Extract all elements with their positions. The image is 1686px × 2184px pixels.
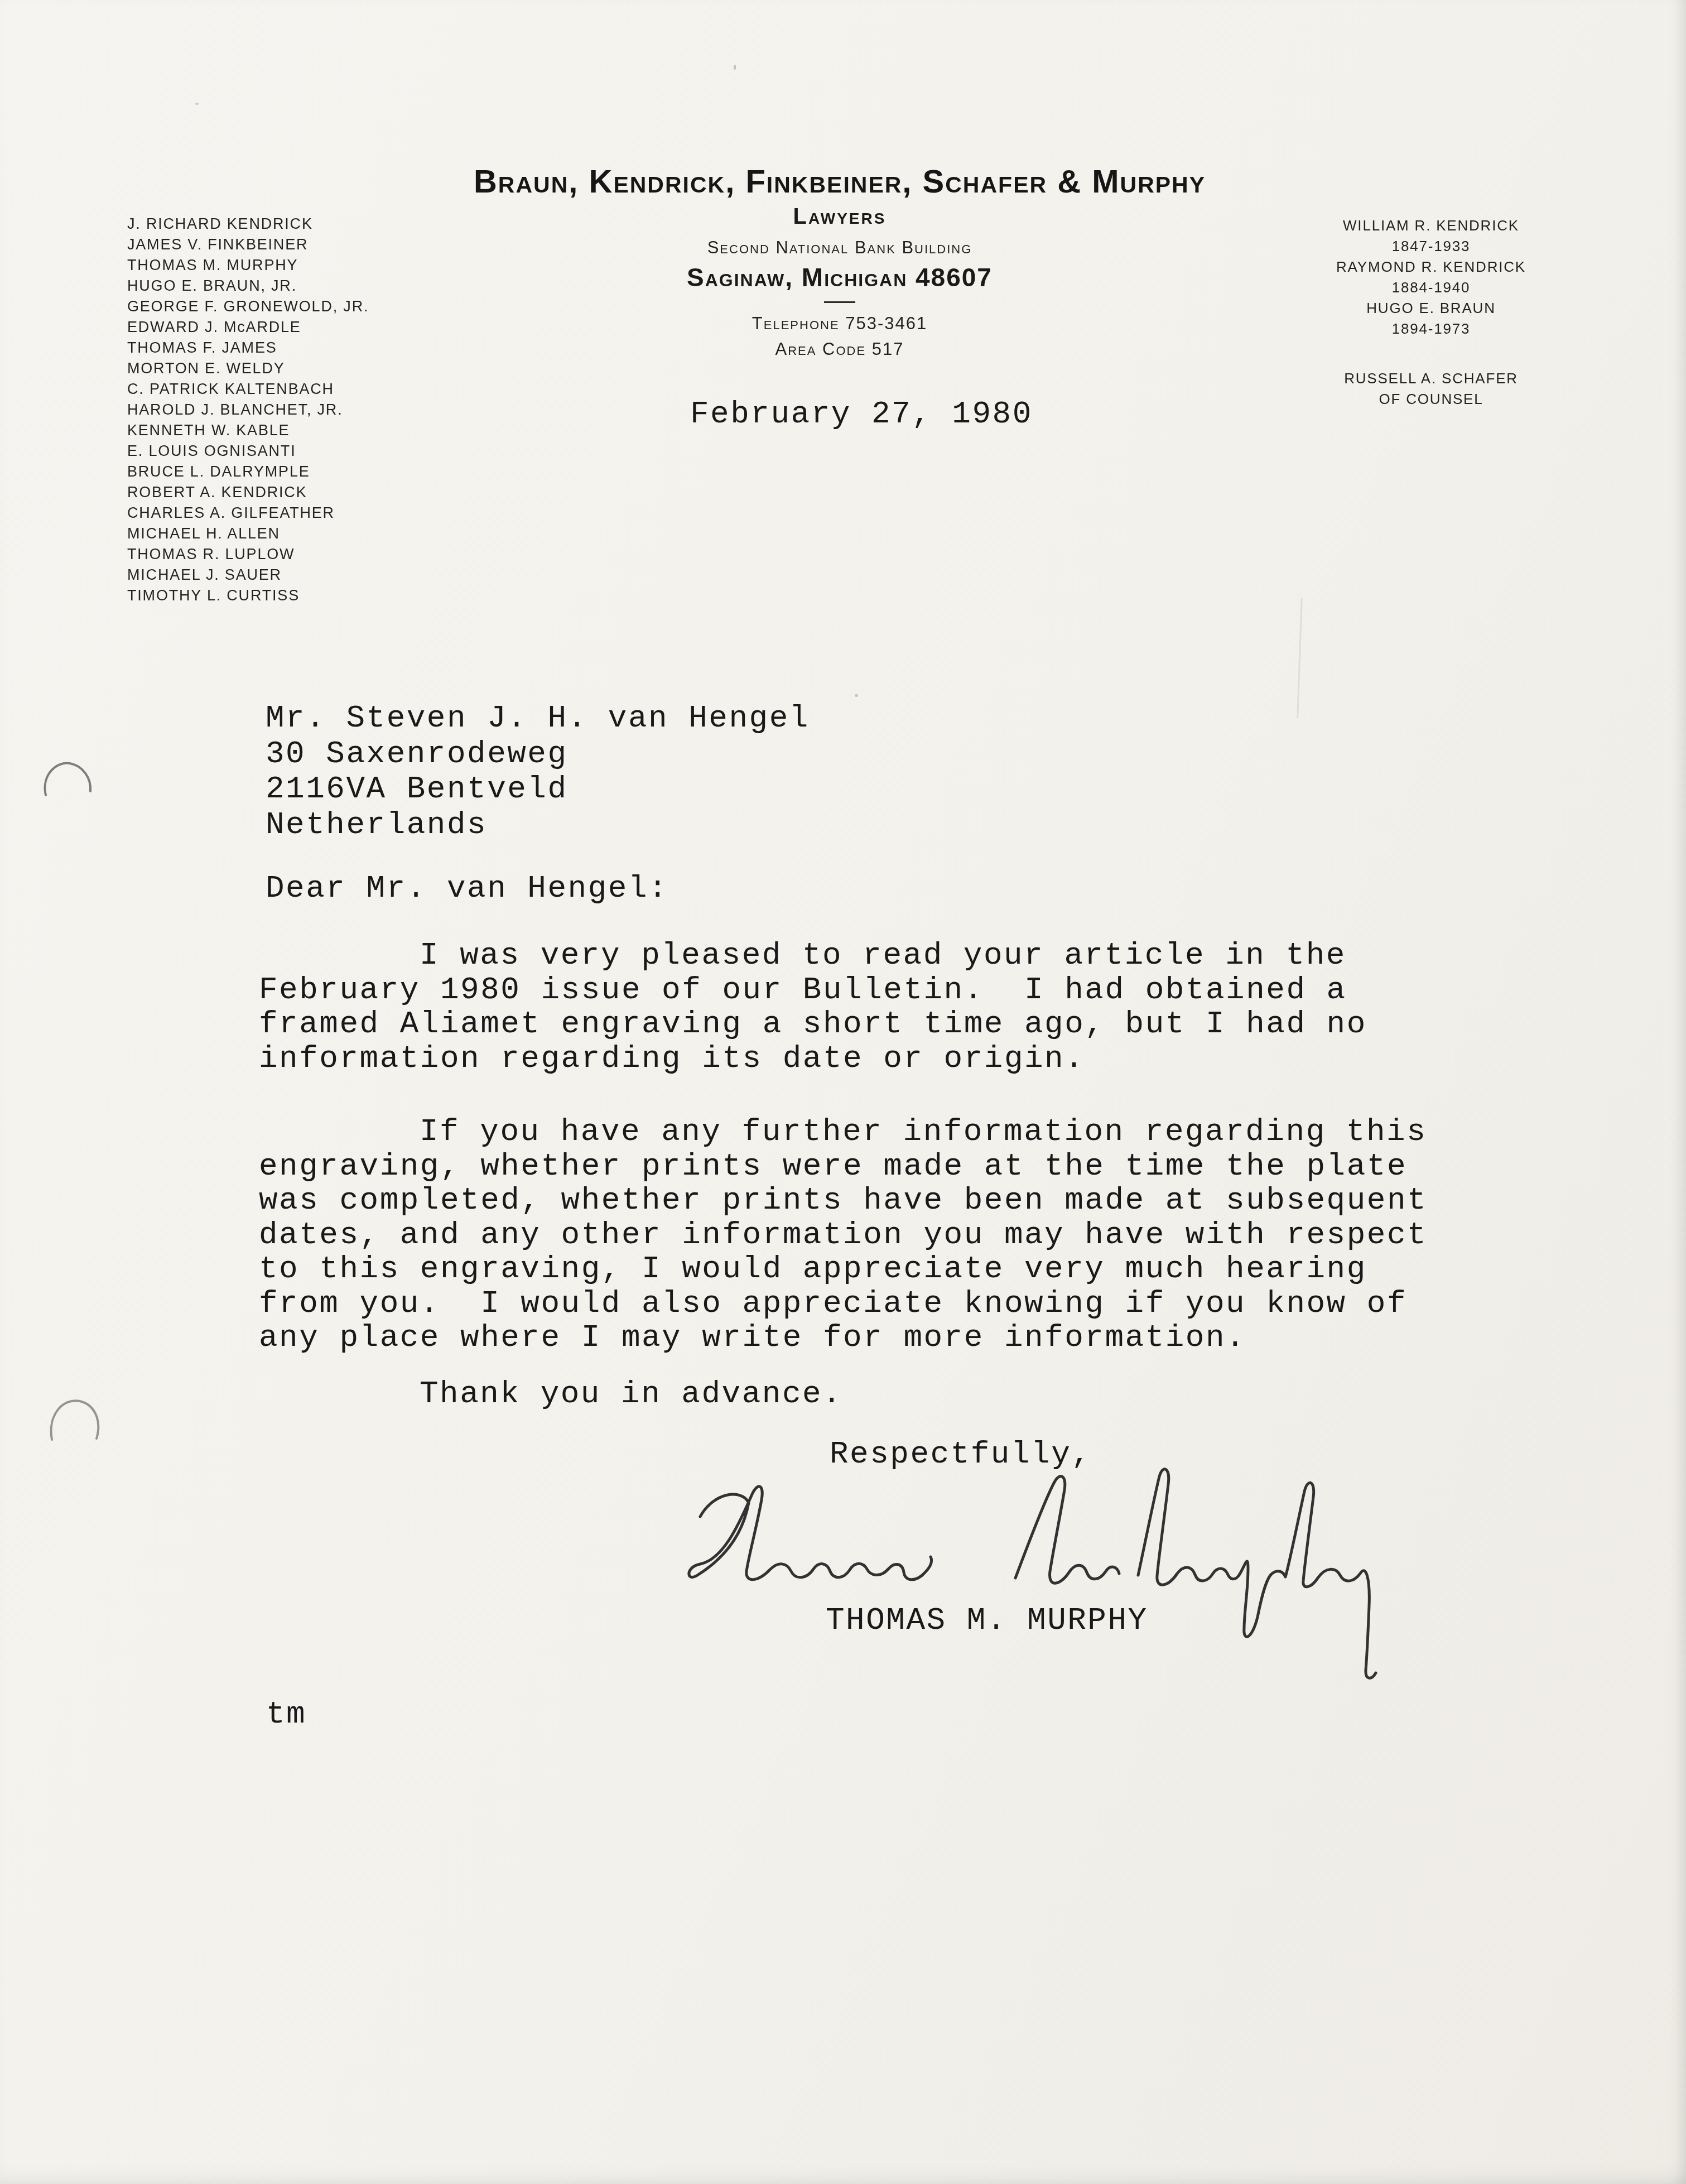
letterhead-divider [824,301,855,303]
attorney-name: TIMOTHY L. CURTISS [127,585,484,606]
body-paragraph-3: Thank you in advance. [259,1377,1514,1412]
body-text-line: information regarding its date or origin… [259,1042,1514,1076]
body-text-line: I was very pleased to read your article … [259,939,1514,973]
body-text-line: February 1980 issue of our Bulletin. I h… [259,973,1514,1008]
signature-handwriting [675,1450,1389,1690]
letterhead-right-column: WILLIAM R. KENDRICK 1847-1933 RAYMOND R.… [1272,215,1590,410]
firm-city-line: Saginaw, Michigan 48607 [393,262,1286,292]
attorney-name: E. LOUIS OGNISANTI [127,441,484,461]
of-counsel-name: RUSSELL A. SCHAFER [1272,368,1590,389]
attorney-name: THOMAS R. LUPLOW [127,544,484,565]
memorial-years: 1884-1940 [1272,277,1590,298]
scan-pen-arc-icon [39,754,100,805]
firm-subtitle: Lawyers [393,204,1286,229]
closing-phrase: Respectfully, [830,1436,1091,1472]
scan-speck [195,103,199,105]
body-paragraph-2: If you have any further information rega… [259,1115,1514,1355]
memorial-years: 1847-1933 [1272,236,1590,257]
attorney-name: ROBERT A. KENDRICK [127,482,484,503]
body-text-line: any place where I may write for more inf… [259,1321,1514,1355]
memorial-entry: WILLIAM R. KENDRICK 1847-1933 [1272,215,1590,257]
attorney-name: MICHAEL H. ALLEN [127,523,484,544]
body-text-line: dates, and any other information you may… [259,1218,1514,1253]
memorial-entry: HUGO E. BRAUN 1894-1973 [1272,298,1590,339]
body-text-line: from you. I would also appreciate knowin… [259,1287,1514,1321]
of-counsel-title: OF COUNSEL [1272,389,1590,410]
memorial-name: HUGO E. BRAUN [1272,298,1590,319]
firm-building: Second National Bank Building [393,238,1286,258]
body-text-line: Thank you in advance. [259,1377,1514,1412]
memorial-years: 1894-1973 [1272,319,1590,339]
memorial-name: WILLIAM R. KENDRICK [1272,215,1590,236]
signer-typed-name: THOMAS M. MURPHY [826,1603,1148,1638]
memorial-name: RAYMOND R. KENDRICK [1272,257,1590,277]
body-text-line: to this engraving, I would appreciate ve… [259,1252,1514,1287]
letter-page: J. RICHARD KENDRICKJAMES V. FINKBEINERTH… [0,0,1686,2184]
recipient-address-line: Netherlands [266,807,810,843]
attorney-name: HAROLD J. BLANCHET, JR. [127,400,484,420]
firm-telephone: Telephone 753-3461 [393,314,1286,334]
scan-speck [734,65,736,70]
scan-pen-arc-icon [47,1392,109,1445]
letter-date: February 27, 1980 [690,396,1033,432]
attorney-name: MORTON E. WELDY [127,358,484,379]
scan-speck [855,694,858,697]
firm-area-code: Area Code 517 [393,339,1286,359]
attorney-name: C. PATRICK KALTENBACH [127,379,484,400]
body-text-line: was completed, whether prints have been … [259,1184,1514,1218]
body-text-line: If you have any further information rega… [259,1115,1514,1149]
salutation: Dear Mr. van Hengel: [266,870,668,906]
recipient-address-line: 2116VA Bentveld [266,772,810,807]
recipient-address-line: 30 Saxenrodeweg [266,737,810,772]
recipient-address: Mr. Steven J. H. van Hengel30 Saxenrodew… [266,701,810,843]
memorial-entry: RAYMOND R. KENDRICK 1884-1940 [1272,257,1590,298]
paper-crease [1297,598,1303,718]
body-paragraph-1: I was very pleased to read your article … [259,939,1514,1076]
recipient-address-line: Mr. Steven J. H. van Hengel [266,701,810,737]
attorney-name: KENNETH W. KABLE [127,420,484,441]
of-counsel-block: RUSSELL A. SCHAFER OF COUNSEL [1272,368,1590,410]
firm-name: Braun, Kendrick, Finkbeiner, Schafer & M… [393,163,1286,200]
attorney-name: MICHAEL J. SAUER [127,565,484,585]
memorial-list: WILLIAM R. KENDRICK 1847-1933 RAYMOND R.… [1272,215,1590,339]
body-text-line: framed Aliamet engraving a short time ag… [259,1007,1514,1042]
body-text-line: engraving, whether prints were made at t… [259,1149,1514,1184]
typist-initials: tm [266,1696,306,1732]
attorney-name: BRUCE L. DALRYMPLE [127,461,484,482]
attorney-name: CHARLES A. GILFEATHER [127,503,484,523]
